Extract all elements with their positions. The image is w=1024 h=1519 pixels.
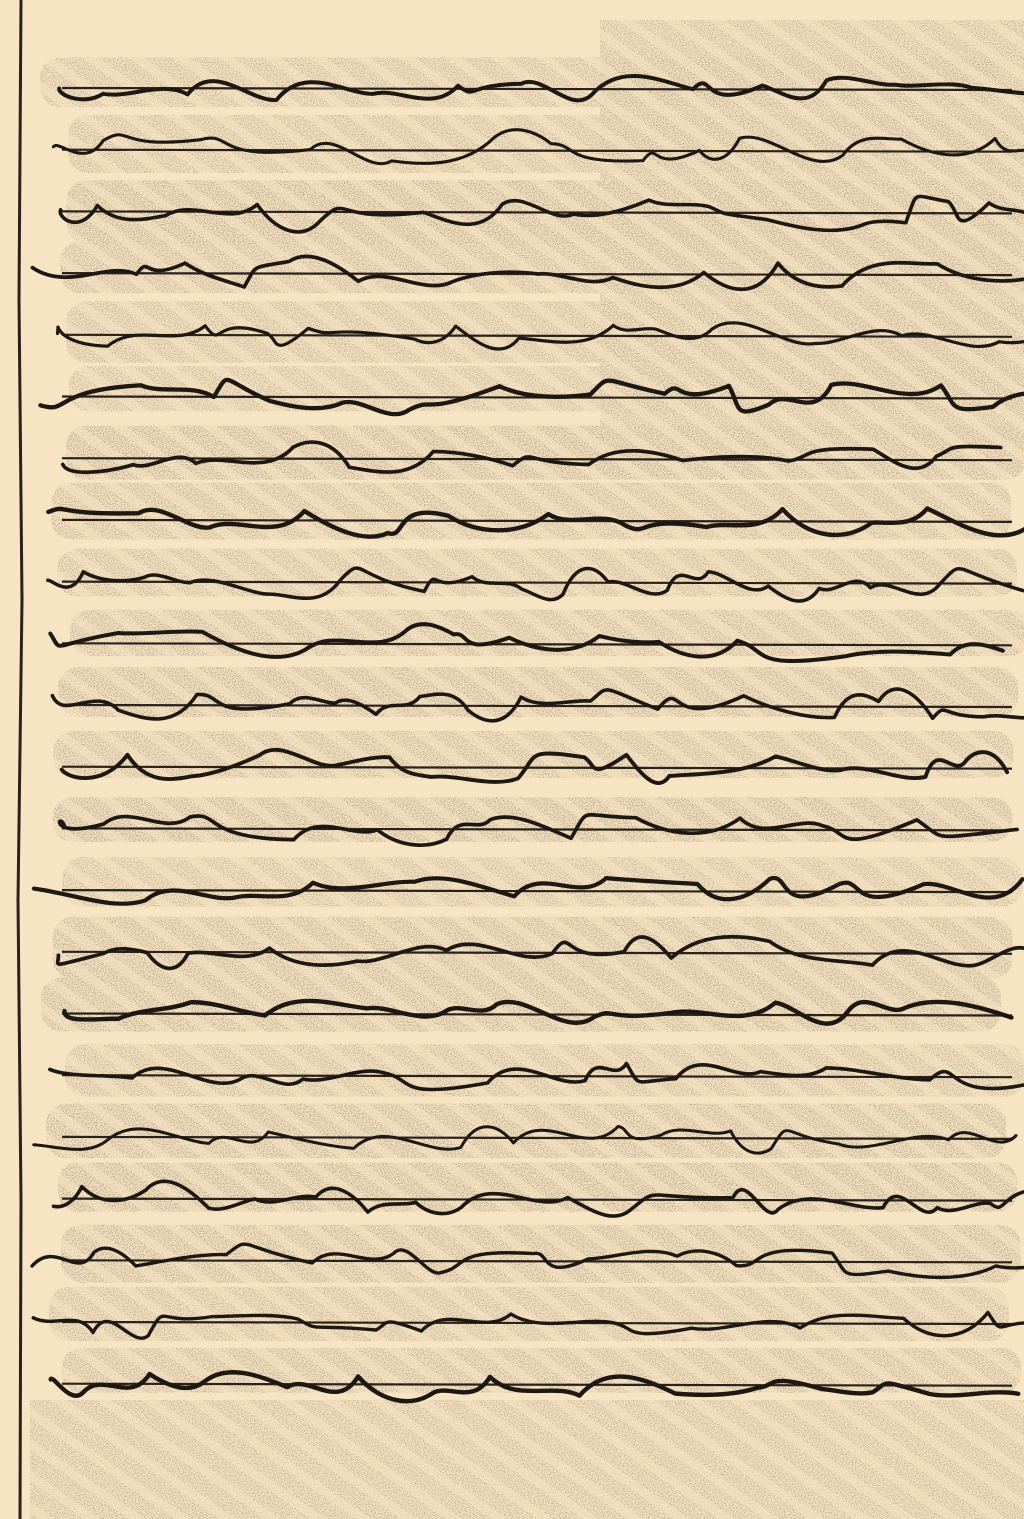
abstract-scribble-artwork (0, 0, 1024, 1519)
